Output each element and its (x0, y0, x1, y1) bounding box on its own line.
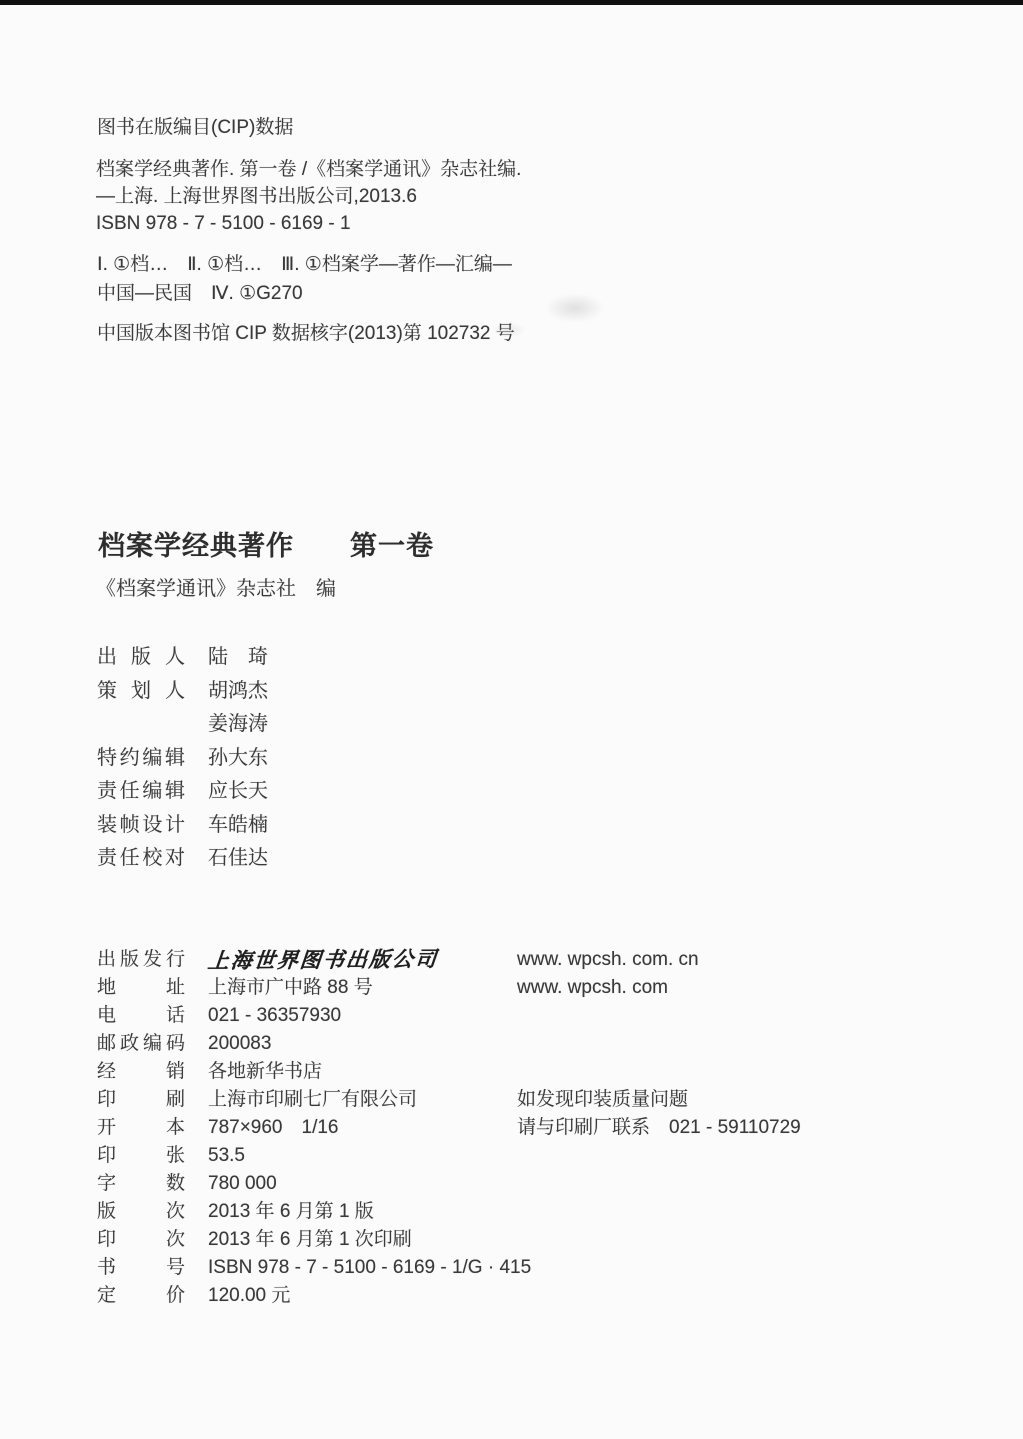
cip-record-block: 档案学经典著作. 第一卷 /《档案学通讯》杂志社编. —上海. 上海世界图书出版… (96, 156, 521, 237)
staff-name: 石佳达 (208, 842, 268, 876)
staff-role-label: 责任校对 (97, 842, 185, 876)
colophon-value: 780 000 (208, 1170, 277, 1198)
colophon-right-note: 请与印刷厂联系 021 - 59110729 (517, 1114, 801, 1142)
staff-role-label: 责任编辑 (97, 775, 185, 809)
staff-name: 孙大东 (208, 742, 268, 776)
staff-name: 应长天 (208, 775, 268, 809)
cip-classification-line: 中国—民国 Ⅳ. ①G270 (97, 279, 512, 308)
colophon-row: 书号 ISBN 978 - 7 - 5100 - 6169 - 1/G · 41… (97, 1254, 185, 1282)
cip-record-line: 档案学经典著作. 第一卷 /《档案学通讯》杂志社编. (96, 156, 521, 183)
staff-name: 陆 琦 (208, 641, 268, 675)
colophon-label: 出版发行 (97, 946, 185, 974)
staff-row: 姜海涛 (97, 708, 185, 742)
staff-row: 特约编辑 孙大东 (97, 742, 185, 776)
cip-record-number: 中国版本图书馆 CIP 数据核字(2013)第 102732 号 (97, 318, 515, 345)
staff-role-label: 出版人 (97, 641, 185, 675)
colophon-label: 经销 (97, 1058, 185, 1086)
copyright-page: 图书在版编目(CIP)数据 档案学经典著作. 第一卷 /《档案学通讯》杂志社编.… (0, 0, 1023, 1439)
staff-row: 出版人 陆 琦 (97, 641, 185, 675)
cip-header: 图书在版编目(CIP)数据 (97, 112, 293, 139)
colophon-label: 开本 (97, 1114, 185, 1142)
publisher-logo-wrap: 上海世界图书出版公司 (208, 946, 438, 976)
scan-smudge (545, 293, 605, 323)
colophon-label: 字数 (97, 1170, 185, 1198)
colophon-label: 印次 (97, 1226, 185, 1254)
colophon-row: 版次 2013 年 6 月第 1 版 (97, 1198, 185, 1226)
colophon-row: 印张 53.5 (97, 1142, 185, 1170)
staff-row: 装帧设计 车皓楠 (97, 809, 185, 843)
colophon-label: 电话 (97, 1002, 185, 1030)
staff-name: 胡鸿杰 (208, 675, 268, 709)
colophon-row: 经销 各地新华书店 (97, 1058, 185, 1086)
colophon-value: 787×960 1/16 (208, 1114, 338, 1142)
colophon-label: 地址 (97, 974, 185, 1002)
colophon-label: 印刷 (97, 1086, 185, 1114)
colophon-row: 字数 780 000 (97, 1170, 185, 1198)
staff-role-label: 特约编辑 (97, 742, 185, 776)
book-title: 档案学经典著作 第一卷 (98, 524, 434, 563)
staff-role-label: 装帧设计 (97, 809, 185, 843)
colophon-value: 各地新华书店 (208, 1058, 322, 1086)
book-editor: 《档案学通讯》杂志社 编 (96, 572, 336, 601)
colophon-right-note: www. wpcsh. com (517, 974, 668, 1002)
colophon-value: 120.00 元 (208, 1282, 290, 1310)
colophon-value: 200083 (208, 1030, 271, 1058)
colophon-value: 53.5 (208, 1142, 245, 1170)
colophon-row: 出版发行 上海世界图书出版公司 www. wpcsh. com. cn (97, 946, 185, 974)
colophon-row: 定价 120.00 元 (97, 1282, 185, 1310)
staff-name: 车皓楠 (208, 809, 268, 843)
staff-row: 责任校对 石佳达 (97, 842, 185, 876)
colophon-value: 上海市广中路 88 号 (208, 974, 373, 1002)
cip-record-line: —上海. 上海世界图书出版公司,2013.6 (96, 183, 521, 210)
staff-role-label: 策划人 (97, 675, 185, 709)
colophon-row: 地址 上海市广中路 88 号 www. wpcsh. com (97, 974, 185, 1002)
colophon-value: ISBN 978 - 7 - 5100 - 6169 - 1/G · 415 (208, 1254, 531, 1282)
staff-row: 责任编辑 应长天 (97, 775, 185, 809)
cip-classification-block: Ⅰ. ①档… Ⅱ. ①档… Ⅲ. ①档案学—著作—汇编— 中国—民国 Ⅳ. ①G… (97, 250, 512, 308)
colophon-list: 出版发行 上海世界图书出版公司 www. wpcsh. com. cn 地址 上… (97, 946, 185, 1310)
colophon-label: 版次 (97, 1198, 185, 1226)
colophon-row: 邮政编码 200083 (97, 1030, 185, 1058)
colophon-row: 印次 2013 年 6 月第 1 次印刷 (97, 1226, 185, 1254)
cip-record-line: ISBN 978 - 7 - 5100 - 6169 - 1 (96, 210, 521, 237)
publisher-script-logo: 上海世界图书出版公司 (207, 945, 440, 975)
colophon-row: 开本 787×960 1/16 请与印刷厂联系 021 - 59110729 (97, 1114, 185, 1142)
colophon-value: 2013 年 6 月第 1 次印刷 (208, 1226, 412, 1254)
colophon-value: 021 - 36357930 (208, 1002, 341, 1030)
colophon-right-note: 如发现印装质量问题 (517, 1086, 688, 1114)
colophon-label: 定价 (97, 1282, 185, 1310)
colophon-label: 印张 (97, 1142, 185, 1170)
colophon-value: 上海市印刷七厂有限公司 (208, 1086, 417, 1114)
colophon-row: 电话 021 - 36357930 (97, 1002, 185, 1030)
staff-name: 姜海涛 (208, 708, 268, 742)
colophon-label: 邮政编码 (97, 1030, 185, 1058)
staff-row: 策划人 胡鸿杰 (97, 675, 185, 709)
colophon-value: 2013 年 6 月第 1 版 (208, 1198, 374, 1226)
colophon-row: 印刷 上海市印刷七厂有限公司 如发现印装质量问题 (97, 1086, 185, 1114)
staff-credits-list: 出版人 陆 琦 策划人 胡鸿杰 姜海涛 特约编辑 孙大东 责任编辑 应长天 装帧… (97, 641, 185, 876)
cip-classification-line: Ⅰ. ①档… Ⅱ. ①档… Ⅲ. ①档案学—著作—汇编— (97, 250, 512, 279)
scan-edge-strip (0, 0, 1023, 5)
colophon-label: 书号 (97, 1254, 185, 1282)
colophon-right-note: www. wpcsh. com. cn (517, 946, 699, 974)
